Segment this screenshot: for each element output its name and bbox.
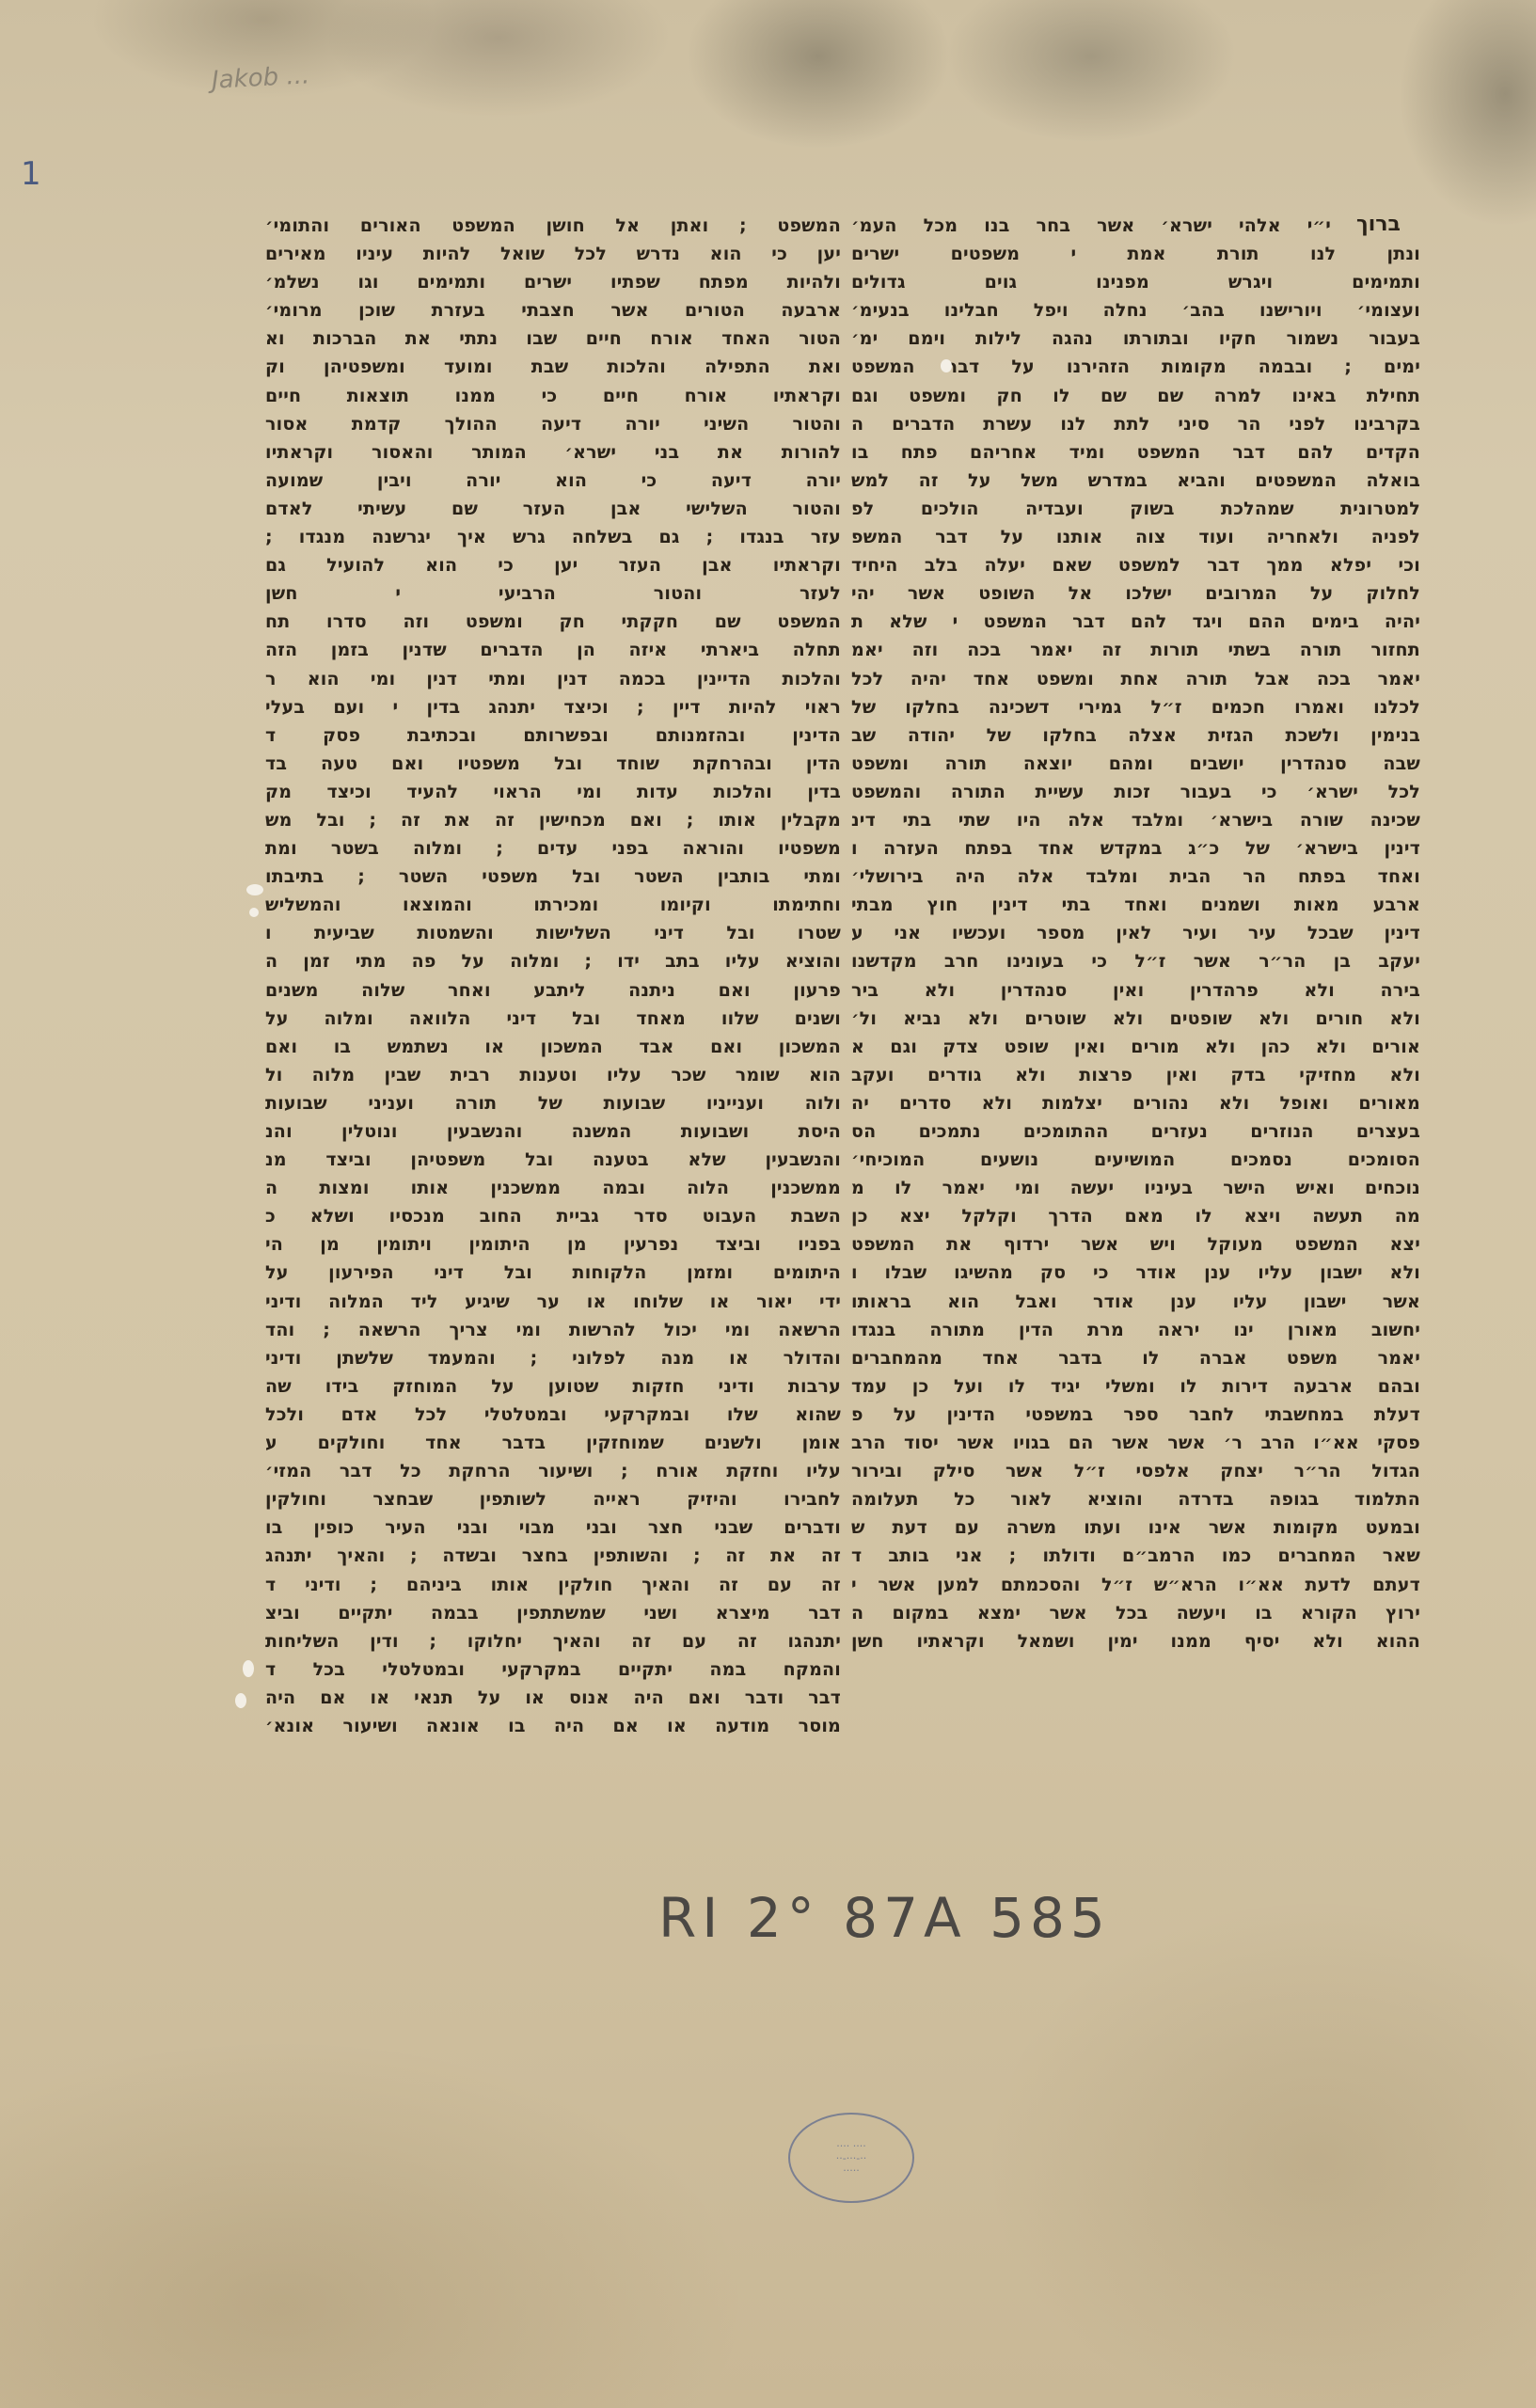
text-line: בירה ולא פרהדרין ואין סנהדרין ולא ביר: [851, 976, 1420, 1005]
text-line: בדין והלכות עדות ומי הראוי להעיד וכיצד מ…: [265, 778, 841, 806]
text-line: שטרו ובל דיני השלישות והשמטות שביעית ו: [265, 919, 841, 947]
text-line: זה עם זה והאיך חולקין אותו ביניהם ; ודינ…: [265, 1571, 841, 1599]
text-line: לחבירו והיזיק ראייה לשותפין שבחצר וחולקי…: [265, 1485, 841, 1513]
text-line: שאר המחברים כמו הרמב״ם ודולתו ; אני בותב…: [851, 1542, 1420, 1570]
text-line: שבה סנהדרין יושבים ומהם יוצאה תורה ומשפט: [851, 750, 1420, 778]
text-line: יצא המשפט מעוקל ויש אשר ירדוף את המשפט: [851, 1230, 1420, 1259]
text-line: משפטיו והוראה בפני עדים ; ומלוה בשטר ומת: [265, 834, 841, 863]
text-line: היסת ושבועות המשנה והנשבעין ונוטלין והנ: [265, 1117, 841, 1146]
text-line: המשפט ; ואתן אל חושן המשפט האורים והתומי…: [265, 212, 841, 240]
folio-number: 1: [21, 155, 41, 193]
text-line: בנימין ולשכת הגזית אצלה בחלקו של יהודה ש…: [851, 721, 1420, 750]
text-line: שכינה שורה בישרא׳ ומלבד אלה היו שתי בתי …: [851, 806, 1420, 834]
text-line: ואחד בפתח הר הבית ומלבד אלה היה בירושלי׳: [851, 863, 1420, 891]
text-line: ולהיות מפתח שפתיו ישרים ותמימים וגו נשלמ…: [265, 268, 841, 296]
text-line: ולא חורים ולא שופטים ולא שוטרים ולא נביא…: [851, 1005, 1420, 1033]
text-line: הדין ובהרחקת שוחד ובל משפטיו ואם טעה בד: [265, 750, 841, 778]
text-line: לעזר והטור הרביעי י חשן: [265, 579, 841, 608]
text-line: וכי יפלא ממך דבר למשפט שאם יעלה בלב היחי…: [851, 551, 1420, 579]
text-line: יתנהגו זה עם זה והאיך יחלוקו ; ודין השלי…: [265, 1627, 841, 1655]
text-line: ירוץ הקורא בו ויעשה בכל אשר ימצא במקום ה: [851, 1599, 1420, 1627]
text-line: יאמר בכה אבל תורה אחת ומשפט אחד יהיה לכל: [851, 665, 1420, 693]
text-line: ולא מחזיקי בדק ואין פרצות ולא גודרים ועק…: [851, 1061, 1420, 1089]
text-line: ובמעט מקומות אשר אינו ועתו משרה עם דעת ש: [851, 1513, 1420, 1542]
text-line: התלמוד בגופה בדרדה והוציא לאור כל תעלומה: [851, 1485, 1420, 1513]
text-line: עליו וחזקת אורח ; ושיעור הרחקת כל דבר המ…: [265, 1457, 841, 1485]
text-line: אשר ישבון עליו ענן אודר ואבל הוא בראותו: [851, 1288, 1420, 1316]
text-line: שהוא שלו ובמקרקעי ובמטלטלי לכל אדם ולכל: [265, 1401, 841, 1429]
text-line: לכל ישרא׳ כי בעבור זכות עשיית התורה והמש…: [851, 778, 1420, 806]
text-line: הסומכים נסמכים המושיעים נושעים המוכיחי׳: [851, 1146, 1420, 1174]
text-line: דבר ודבר ואם היה אנוס או על תנאי או אם ה…: [265, 1684, 841, 1712]
stamp-line: ···· ····: [836, 2140, 865, 2152]
text-line: עזר בנגדו ; גם בשלחה גרש איך יגרשנה מנגד…: [265, 523, 841, 551]
text-line: הרשאה ומי יכול להרשות ומי צריך הרשאה ; ו…: [265, 1316, 841, 1344]
text-line: דינין שבכל עיר ועיר לאין מספר ועכשיו אני…: [851, 919, 1420, 947]
text-line: הקדים להם דבר המשפט ומיד אחריהם פתח בו: [851, 438, 1420, 467]
text-line: נוכחים ואיש הישר בעיניו יעשה ומי יאמר לו…: [851, 1174, 1420, 1202]
text-line: ראוי להיות דיין ; וכיצד יתנהג בדין י ועם…: [265, 693, 841, 721]
text-line: יען כי הוא נדרש לכל שואל להיות עיניו מאי…: [265, 240, 841, 268]
text-line: דעתם לדעת אא״ו הרא״ש ז״ל והסכמתם למען אש…: [851, 1571, 1420, 1599]
text-line: ולא ישבון עליו ענן אודר כי סק מהשיגו שבל…: [851, 1259, 1420, 1287]
text-line: בפניו וביצד נפרעין מן היתומין ויתומין מן…: [265, 1230, 841, 1259]
text-line: דינין בישרא׳ של כ״ג במקדש אחד בפתח העזרה…: [851, 834, 1420, 863]
text-line: והטור השיני יורה דיעה ההולך קדמת אסור: [265, 410, 841, 438]
text-line: ממשכנין הלוה ובמה ממשכנין אותו ומצות ה: [265, 1174, 841, 1202]
text-line: י״י אלהי ישרא׳ אשר בחר בנו מכל העמ׳: [851, 212, 1420, 240]
text-line: ארבע מאות ושמנים ואחד בתי דינין חוץ מבתי: [851, 891, 1420, 919]
text-line: אומן ולשנים שמוחזקין בדבר אחד וחולקים ע: [265, 1429, 841, 1457]
text-line: ההוא ולא יסיף ממנו ימין ושמאל וקראתיו חש…: [851, 1627, 1420, 1655]
right-text-column: י״י אלהי ישרא׳ אשר בחר בנו מכל העמ׳ונתן …: [851, 212, 1420, 1655]
text-line: המשכון ואם אבד המשכון או נשתמש בו ואם: [265, 1033, 841, 1061]
text-line: ונתן לנו תורת אמת י משפטים ישרים: [851, 240, 1420, 268]
text-line: אורים ולא כהן ולא מורים ואין שופט צדק וג…: [851, 1033, 1420, 1061]
text-line: תחילת באינו למרה שם שם לו חק ומשפט וגם: [851, 382, 1420, 410]
text-line: ולוה וענייניו שבועות של תורה ועניני שבוע…: [265, 1089, 841, 1117]
text-line: מאורים ואופל ולא נהורים יצלמות ולא סדרים…: [851, 1089, 1420, 1117]
worm-hole: [243, 1660, 254, 1677]
text-line: בקרבינו לפני הר סיני לתת לנו עשרת הדברים…: [851, 410, 1420, 438]
worm-hole: [249, 908, 259, 917]
owner-signature: Jakob ...: [211, 61, 310, 94]
worm-hole: [235, 1693, 246, 1708]
text-line: יחשוב מאורן ינו יראה מרת הדין מתורה בנגד…: [851, 1316, 1420, 1344]
shelfmark: RI 2° 87A 585: [658, 1886, 1111, 1950]
text-line: לפניה ולאחריה ועוד צוה אותנו על דבר המשפ: [851, 523, 1420, 551]
text-line: הוא שומר שכר עליו וטענות רבית שבין מלוה …: [265, 1061, 841, 1089]
text-line: פרעון ואם ניתנה ליתבע ואחר שלוה משנים: [265, 976, 841, 1005]
text-line: תחלה ביארתי איזה הן הדברים שדנין בזמן הז…: [265, 636, 841, 664]
text-line: השבת העבוט סדר גביית החוב מנכסיו ושלא כ: [265, 1202, 841, 1230]
text-line: ערבות ודיני חזקות שטוען על המוחזק בידו ש…: [265, 1372, 841, 1401]
left-text-column: המשפט ; ואתן אל חושן המשפט האורים והתומי…: [265, 212, 841, 1740]
stamp-line: ··-···-··: [836, 2152, 866, 2164]
text-line: והוציא עליו בתב ידו ; ומלוה על פה מתי זמ…: [265, 947, 841, 975]
text-line: ימים ; ובבמה מקומות הזהירנו על דבר המשפט: [851, 353, 1420, 381]
text-line: בעבור נשמור חקיו ובתורתו נהגה לילות וימם…: [851, 325, 1420, 353]
worm-hole: [246, 884, 263, 895]
text-line: תחזור תורה בשתי תורות זה יאמר בכה וזה יא…: [851, 636, 1420, 664]
text-line: ואת התפילה והלכות שבת ומועד ומשפטיהן וק: [265, 353, 841, 381]
library-stamp: ···· ···· ··-···-·· ·····: [788, 2113, 914, 2203]
text-line: והטור השלישי אבן העזר שם עשיתי לאדם: [265, 495, 841, 523]
text-line: דעלת במחשבתי לחבר ספר במשפטי הדינין על פ: [851, 1401, 1420, 1429]
text-line: ארבעה הטורים אשר חצבתי בעזרת שוכן מרומי׳: [265, 296, 841, 325]
text-line: להורות את בני ישרא׳ המותר והאסור וקראתיו: [265, 438, 841, 467]
text-line: לכלנו ואמרו חכמים ז״ל גמירי דשכינה בחלקו…: [851, 693, 1420, 721]
text-line: וקראתיו אבן העזר יען כי הוא להועיל גם: [265, 551, 841, 579]
text-line: הדינין ובהזמנותם ובפשרותם ובכתיבת פסק ד: [265, 721, 841, 750]
text-line: ותמימים ויגרש מפנינו גוים גדולים: [851, 268, 1420, 296]
text-line: יעקב בן הר״ר אשר ז״ל כי בעונינו חרב מקדש…: [851, 947, 1420, 975]
text-line: יאמר משפט אברה לו בדבר אחד מהמחברים: [851, 1344, 1420, 1372]
text-line: בואלה המשפטים והביא במדרש משל על זה למש: [851, 467, 1420, 495]
text-line: היתומים ומזמן הלקוחות ובל דיני הפירעון ע…: [265, 1259, 841, 1287]
text-line: לחלוק על המרובים ישלכו אל השופט אשר יהי: [851, 579, 1420, 608]
text-line: והדולר או מנה לפלוני ; והמעמד שלשתן ודינ…: [265, 1344, 841, 1372]
text-line: והמקח במה יתקיים במקרקעי ובמטלטלי בכל ד: [265, 1655, 841, 1684]
text-line: מקבלין אותו ; ואם מכחישין זה את זה ; ובל…: [265, 806, 841, 834]
text-line: ועצומי׳ ויורישנו בהב׳ נחלה ויפל חבלינו ב…: [851, 296, 1420, 325]
text-line: הגדול הר״ר יצחק אלפסי ז״ל אשר סילק ובירו…: [851, 1457, 1420, 1485]
text-line: והנשבעין שלא בטענה ובל משפטיהן וביצד מנ: [265, 1146, 841, 1174]
text-line: ודברים שבני חצר ובני מבוי ובני העיר כופי…: [265, 1513, 841, 1542]
text-line: זה את זה ; והשותפין בחצר ובשדה ; והאיך י…: [265, 1542, 841, 1570]
text-line: ושנים שלוו מאחד ובל דיני הלוואה ומלוה על: [265, 1005, 841, 1033]
text-line: וקראתיו אורח חיים כי ממנו תוצאות חיים: [265, 382, 841, 410]
text-line: מה תעשה ויצא לו מאם הדרך וקלקל יצא כן: [851, 1202, 1420, 1230]
text-line: ובהם ארבעה דירות לו ומשלי יגיד לו ועל כן…: [851, 1372, 1420, 1401]
text-line: ומתי בותבין השטר ובל משפטי השטר ; בתיבתו: [265, 863, 841, 891]
text-line: וחתימתו וקיומו ומכירתו והמוצאו והמשליש: [265, 891, 841, 919]
worm-hole: [941, 359, 952, 372]
text-line: יורה דיעה כי הוא יורה ויבין שמועה: [265, 467, 841, 495]
text-line: בעצרים הנוזרים נעזרים ההתומכים נתמכים הס: [851, 1117, 1420, 1146]
text-line: פסקי אא״ו הרב ר׳ אשר אשר הם בגויו אשר יס…: [851, 1429, 1420, 1457]
stamp-line: ·····: [843, 2164, 859, 2177]
text-line: המשפט שם חקקתי חק ומשפט וזה סדרו תח: [265, 608, 841, 636]
text-line: הטור האחד אורח חיים שבו נתתי את הברכות ו…: [265, 325, 841, 353]
text-line: למטרונית שמהלכת בשוק ועבדיה הולכים לפ: [851, 495, 1420, 523]
text-line: והלכות הדיינין בכמה דנין ומתי דנין ומי ה…: [265, 665, 841, 693]
text-line: דבר מיצרא ושני שמשתתפין בבמה יתקיים וביצ: [265, 1599, 841, 1627]
text-line: ידי יאור או שלוחו או ער שיגיע ליד המלוה …: [265, 1288, 841, 1316]
text-line: יהיה בימים ההם ויגד להם דבר המשפט י שלא …: [851, 608, 1420, 636]
text-line: מוסר מודעה או אם היה בו אונאה ושיעור אונ…: [265, 1712, 841, 1740]
